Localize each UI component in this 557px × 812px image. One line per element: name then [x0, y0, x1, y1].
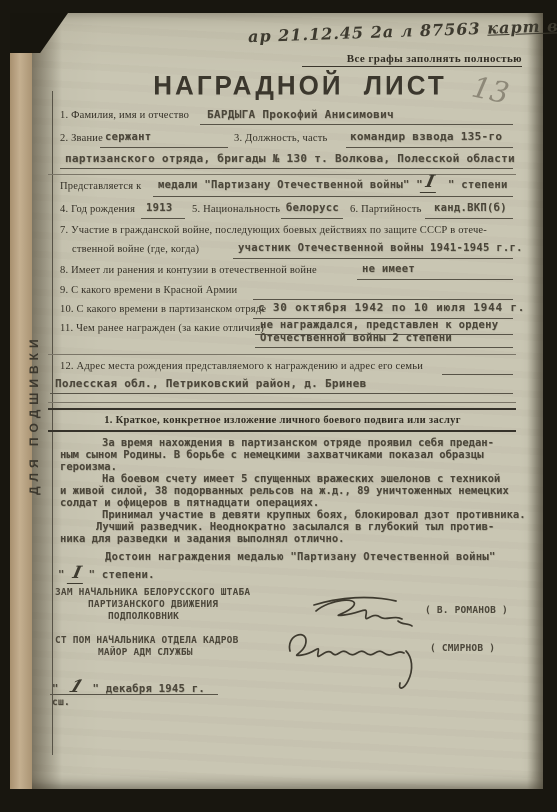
right-edge-shadow	[527, 13, 543, 789]
archive-note-text: ар 21.12.45 2а л 87563	[248, 19, 481, 46]
smirnov-signature	[282, 621, 432, 695]
archive-handwritten-note: ар 21.12.45 2а л 87563 карт вост	[248, 15, 557, 46]
present-underline	[153, 196, 513, 197]
sig1-name: ( В. РОМАНОВ )	[425, 605, 508, 616]
sig1-title-line3: ПОДПОЛКОВНИК	[108, 611, 179, 622]
present-label: Представляется к	[60, 181, 141, 192]
present-degree-handwritten: I	[420, 172, 440, 193]
field7-label-line2: ственной войне (где, когда)	[72, 244, 199, 255]
sig1-title-line2: ПАРТИЗАНСКОГО ДВИЖЕНИЯ	[88, 599, 218, 610]
clerk-initials: сш.	[52, 697, 70, 708]
field10-label: 10. С какого времени в партизанском отря…	[60, 304, 266, 315]
field9-underline	[253, 299, 513, 300]
field3-cont-underline	[60, 168, 513, 169]
sig2-name: ( СМИРНОВ )	[430, 643, 495, 654]
feat-line: Принимал участие в девяти крупных боях, …	[102, 509, 526, 521]
field1-value: БАРДЫГА Прокофий Анисимович	[207, 108, 394, 121]
feat-line: ника для разведки и задания выполнял отл…	[60, 533, 344, 545]
field3-bottom-rule	[48, 174, 516, 175]
fill-instruction: Все графы заполнять полностью	[302, 53, 522, 67]
field3-underline	[346, 147, 513, 148]
section-top-rule	[48, 408, 516, 410]
conclusion-line2: " I " степени.	[58, 563, 155, 584]
field2-value: сержант	[105, 131, 151, 143]
field5-underline	[281, 218, 343, 219]
conclusion-suffix: " степени.	[89, 569, 155, 581]
section-thin-rule	[48, 402, 516, 403]
present-suffix: " степени	[448, 179, 508, 191]
field5-value: белорусс	[286, 202, 339, 214]
scanned-award-document: ДЛЯ ПОДШИВКИ ар 21.12.45 2а л 87563 карт…	[0, 0, 557, 812]
pencil-corner-mark: 13	[469, 70, 512, 111]
field8-value: не имеет	[362, 263, 415, 275]
feat-line: За время нахождения в партизанском отряд…	[102, 437, 494, 449]
field1-label: 1. Фамилия, имя и отчество	[60, 110, 189, 121]
field11-value-line1: не награждался, представлен к ордену	[260, 319, 498, 331]
field7-label-line1: 7. Участие в гражданской войне, последую…	[60, 225, 487, 236]
field8-underline	[357, 279, 513, 280]
sig1-title-line1: ЗАМ НАЧАЛЬНИКА БЕЛОРУССКОГО ШТАБА	[55, 587, 250, 598]
field3-label: 3. Должность, часть	[234, 133, 327, 144]
field11-bottom-rule	[48, 354, 516, 355]
field3-value-continuation: партизанского отряда, бригады № 130 т. В…	[65, 152, 515, 165]
date-underline	[50, 694, 218, 695]
feat-line: героизма.	[60, 461, 117, 473]
field2-label: 2. Звание	[60, 133, 103, 144]
field12-label-trailing-rule	[442, 374, 513, 375]
conclusion-line1: Достоин награждения медалью "Партизану О…	[105, 551, 496, 563]
field4-value: 1913	[146, 202, 173, 214]
field2-underline	[100, 147, 228, 148]
field11-value-line2: Отечественной войны 2 степени	[260, 332, 452, 344]
field12-underline	[50, 393, 513, 394]
field5-label: 5. Национальность	[192, 204, 280, 215]
document-title: НАГРАДНОЙ ЛИСТ	[140, 69, 460, 101]
conclusion-quote-open: "	[58, 569, 65, 581]
feat-line: солдат и офицеров в пятнадцати операциях…	[60, 497, 319, 509]
left-margin-rule	[52, 91, 53, 755]
field6-label: 6. Партийность	[350, 204, 422, 215]
field7-value: участник Отечественной войны 1941-1945 г…	[238, 242, 523, 254]
sig2-title-line2: МАЙОР АДМ СЛУЖБЫ	[98, 647, 193, 658]
field12-label: 12. Адрес места рождения представляемого…	[60, 361, 423, 372]
feat-line: ным сыном Родины. В борьбе с немецкими з…	[60, 449, 484, 461]
field6-underline	[425, 218, 513, 219]
feat-line: и живой силой, 38 подорванных рельсов на…	[60, 485, 509, 497]
feat-line: Лучший разведчик. Неоднократно засылался…	[96, 521, 494, 533]
archive-note-underlined: карт вост	[487, 15, 557, 38]
field4-label: 4. Год рождения	[60, 204, 135, 215]
section-bottom-rule	[48, 430, 516, 432]
feat-line: На боевом счету имеет 5 спущенных вражес…	[102, 473, 500, 485]
field12-value: Полесская обл., Петриковский район, д. Б…	[55, 377, 367, 390]
field6-value: канд.ВКП(б)	[434, 202, 507, 214]
conclusion-degree-handwritten: I	[66, 563, 86, 584]
field11-underline2	[255, 347, 513, 348]
sig2-title-line1: СТ ПОМ НАЧАЛЬНИКА ОТДЕЛА КАДРОВ	[55, 635, 239, 646]
field4-underline	[141, 218, 185, 219]
field10-value: с 30 октября 1942 по 10 июля 1944 г.	[258, 301, 525, 314]
paper-sheet: ДЛЯ ПОДШИВКИ ар 21.12.45 2а л 87563 карт…	[10, 13, 543, 789]
field3-value: командир взвода 135-го	[350, 130, 502, 143]
field9-label: 9. С какого времени в Красной Армии	[60, 285, 237, 296]
present-value: медали "Партизану Отечественной войны" "	[158, 179, 423, 191]
field7-underline	[233, 258, 513, 259]
field8-label: 8. Имеет ли ранения и контузии в отечест…	[60, 265, 317, 276]
section-title: 1. Краткое, конкретное изложение личного…	[60, 415, 505, 426]
field1-underline	[200, 124, 513, 125]
spine-vertical-label: ДЛЯ ПОДШИВКИ	[27, 295, 41, 495]
field11-label: 11. Чем ранее награжден (за какие отличи…	[60, 323, 264, 334]
